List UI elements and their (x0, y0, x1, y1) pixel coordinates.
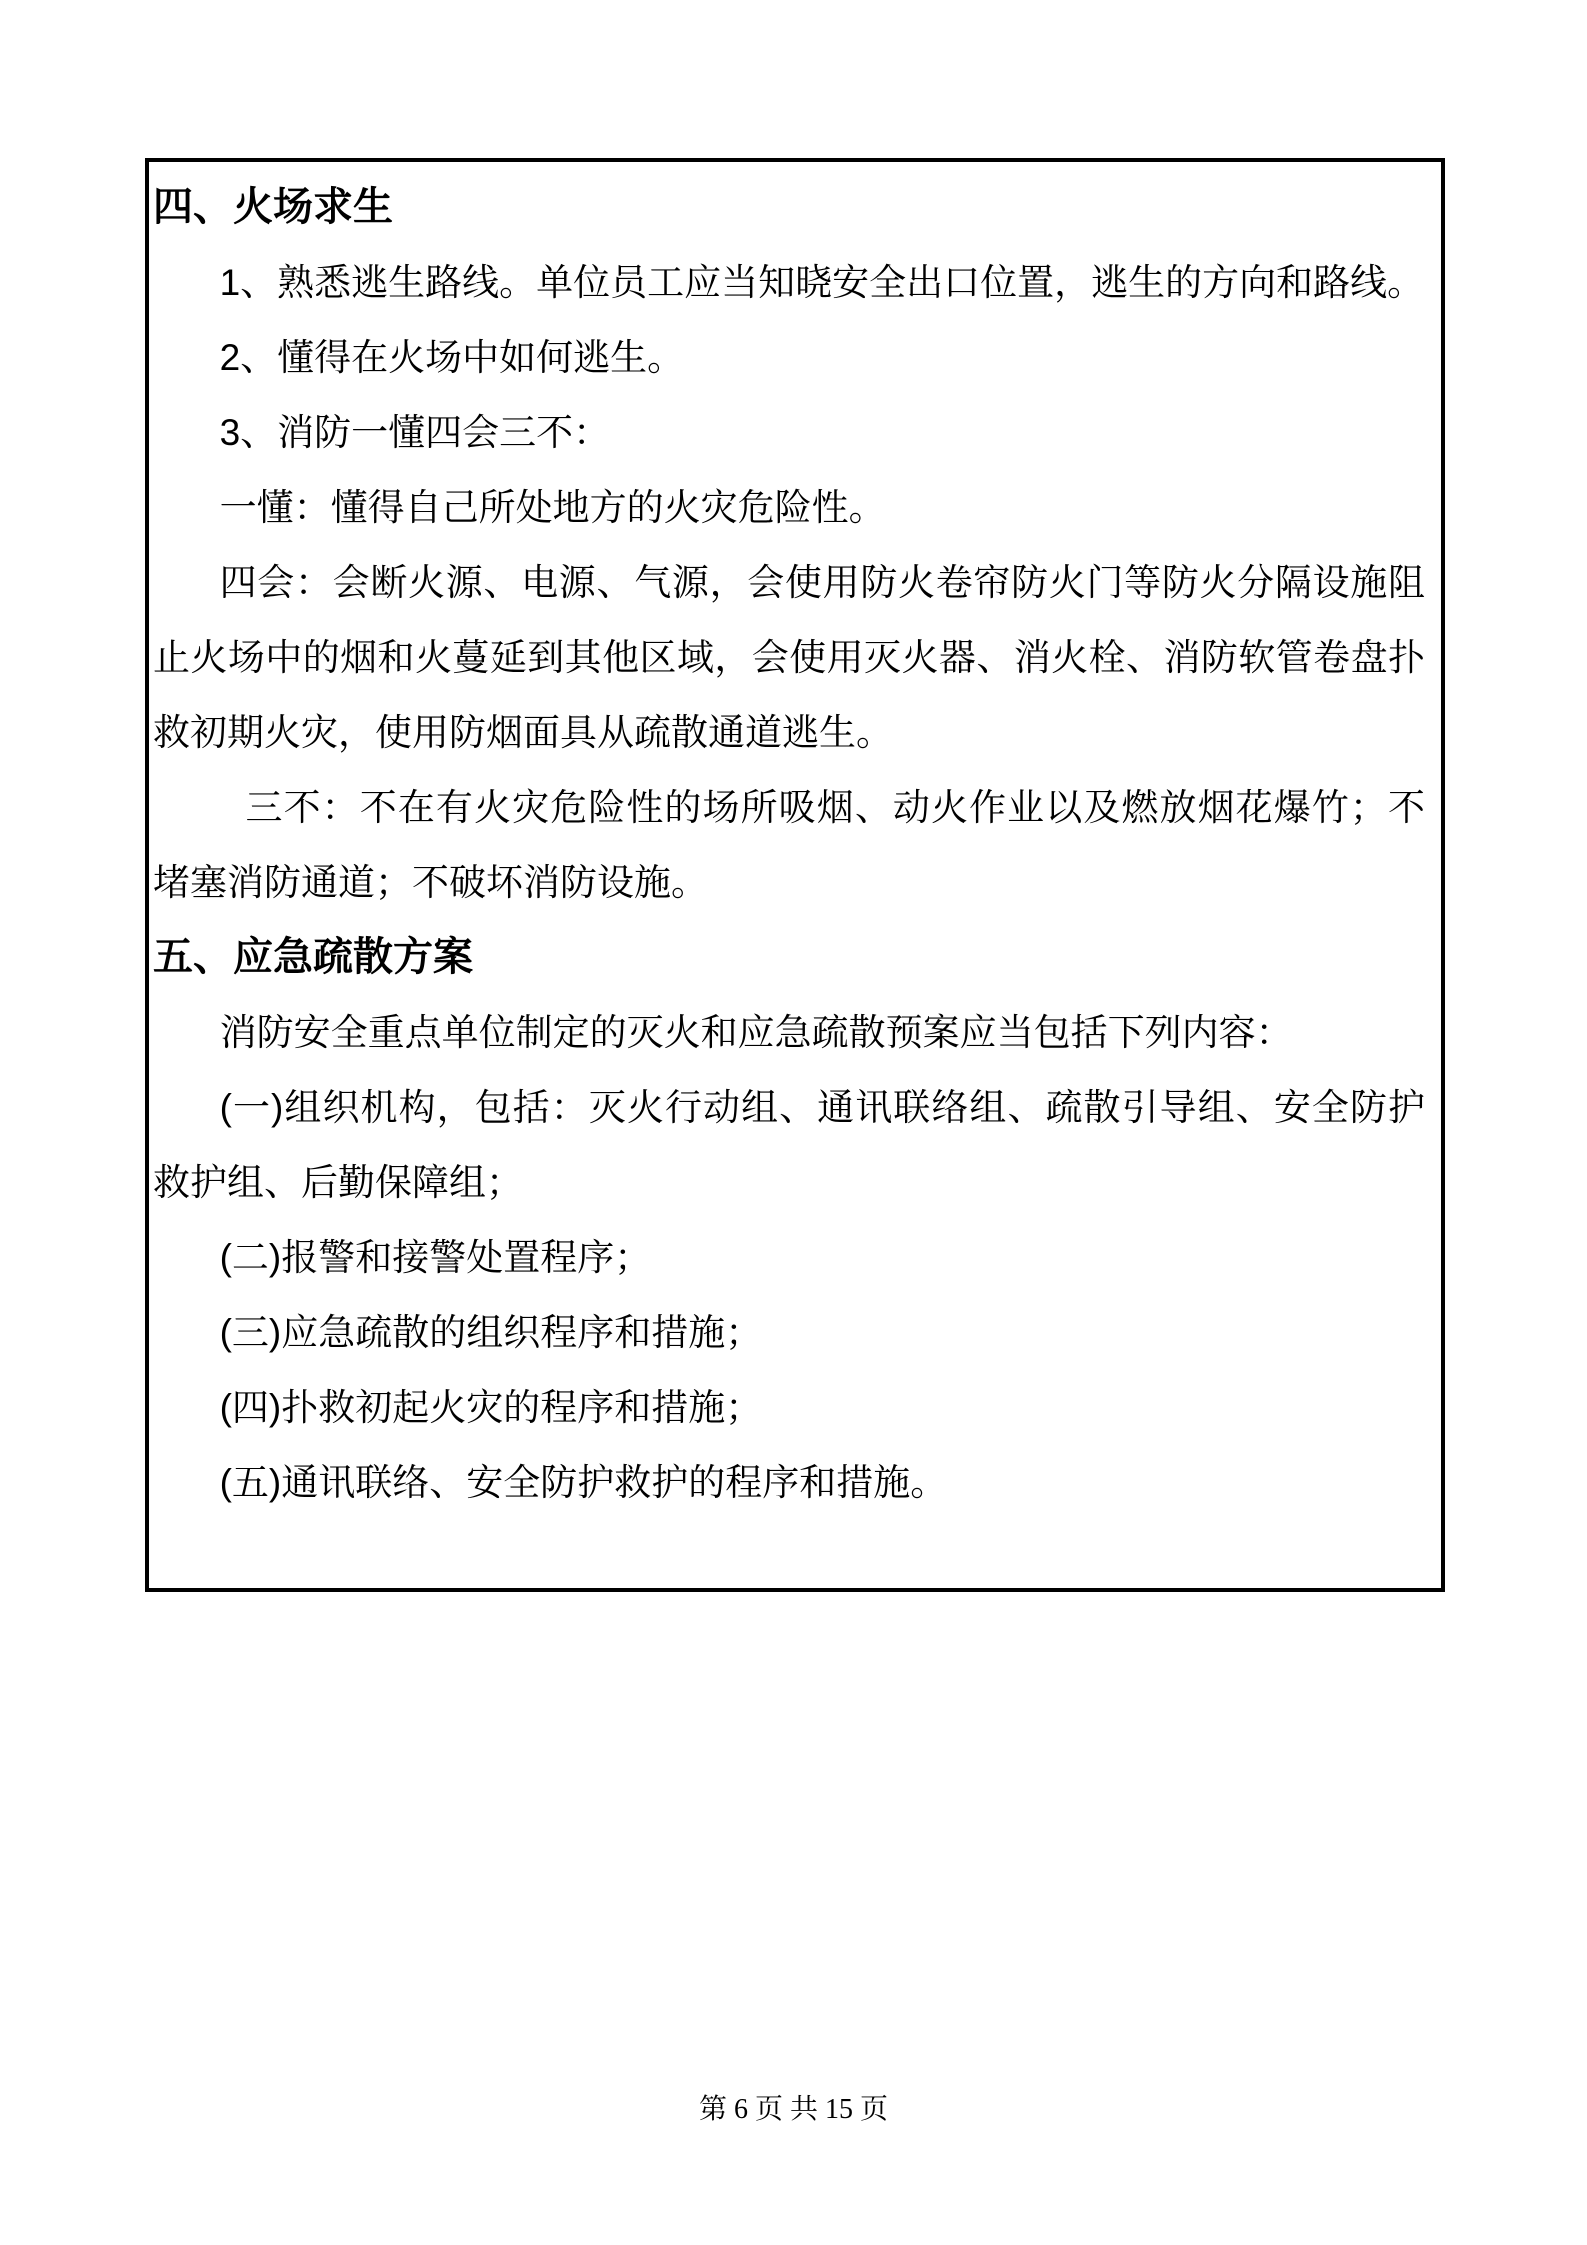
document-box: 四、火场求生1、熟悉逃生路线。单位员工应当知晓安全出口位置，逃生的方向和路线。2… (145, 158, 1445, 1592)
paragraph: (三)应急疏散的组织程序和措施； (153, 1295, 1425, 1370)
paragraph: 三不：不在有火灾危险性的场所吸烟、动火作业以及燃放烟花爆竹；不堵塞消防通道；不破… (153, 770, 1425, 920)
paragraph: 四会：会断火源、电源、气源，会使用防火卷帘防火门等防火分隔设施阻止火场中的烟和火… (153, 545, 1425, 770)
section-heading: 四、火场求生 (153, 170, 1425, 245)
paragraph: (一)组织机构，包括：灭火行动组、通讯联络组、疏散引导组、安全防护救护组、后勤保… (153, 1070, 1425, 1220)
paragraph: 2、懂得在火场中如何逃生。 (153, 320, 1425, 395)
paragraph: (二)报警和接警处置程序； (153, 1220, 1425, 1295)
document-page: 四、火场求生1、熟悉逃生路线。单位员工应当知晓安全出口位置，逃生的方向和路线。2… (0, 0, 1587, 2245)
page-number-text: 第 6 页 共 15 页 (699, 2094, 888, 2125)
paragraph: 一懂：懂得自己所处地方的火灾危险性。 (153, 470, 1425, 545)
paragraph: 消防安全重点单位制定的灭火和应急疏散预案应当包括下列内容： (153, 995, 1425, 1070)
paragraph: (四)扑救初起火灾的程序和措施； (153, 1370, 1425, 1445)
paragraph: (五)通讯联络、安全防护救护的程序和措施。 (153, 1445, 1425, 1520)
paragraph: 3、消防一懂四会三不： (153, 395, 1425, 470)
page-footer: 第 6 页 共 15 页 (0, 2090, 1587, 2130)
section-heading: 五、应急疏散方案 (153, 920, 1425, 995)
paragraph: 1、熟悉逃生路线。单位员工应当知晓安全出口位置，逃生的方向和路线。 (153, 245, 1425, 320)
